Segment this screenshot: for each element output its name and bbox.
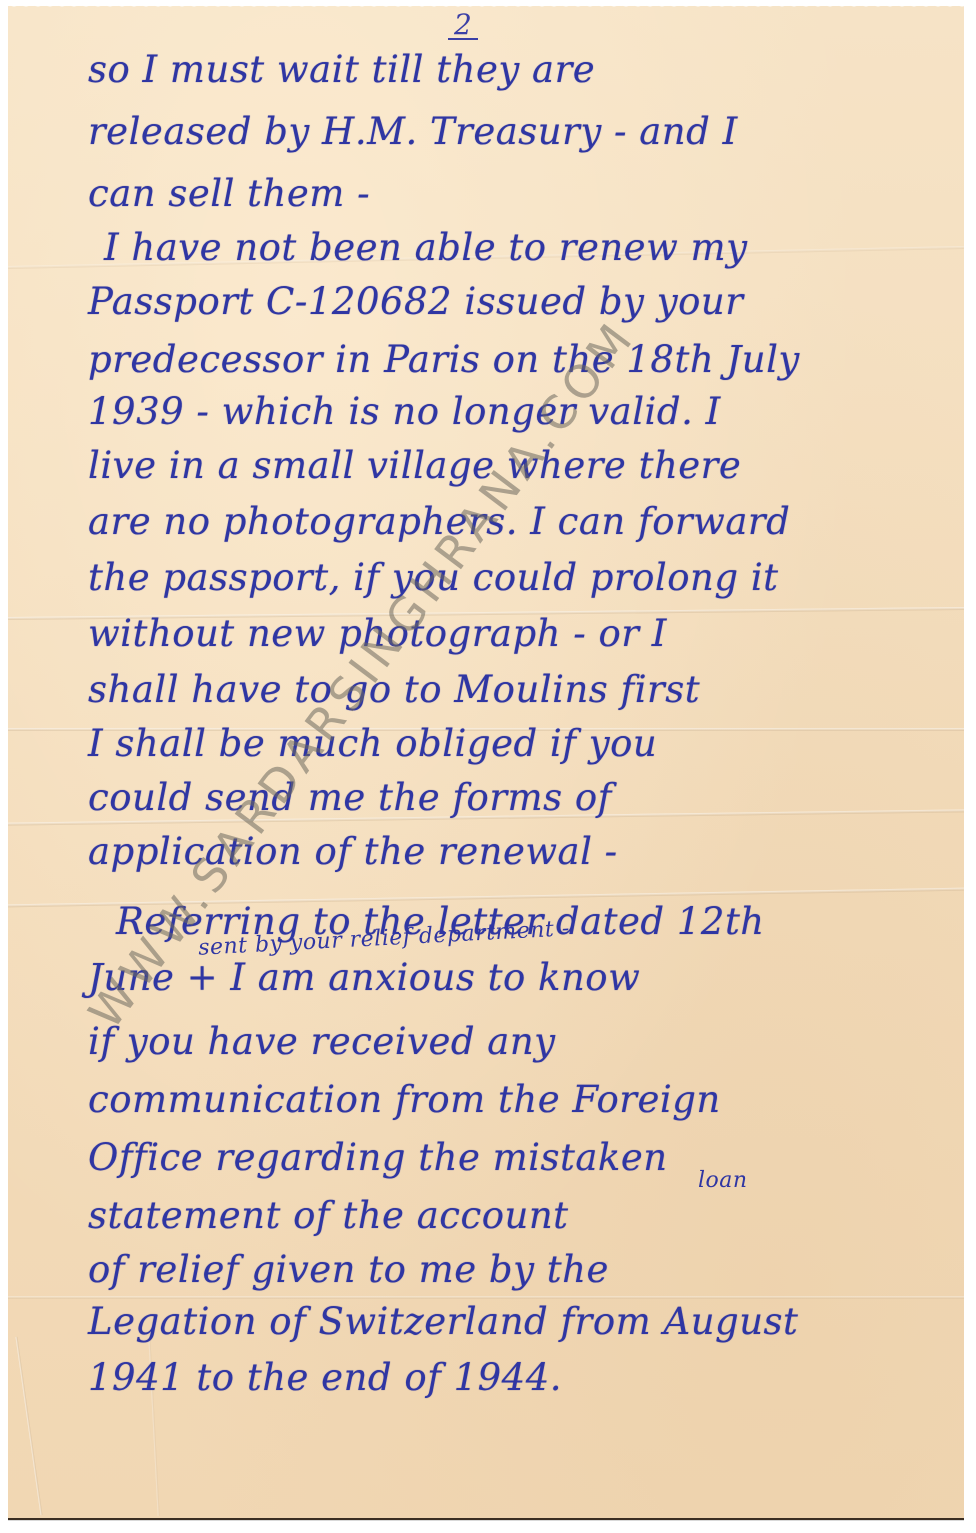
letter-line: predecessor in Paris on the 18th July — [88, 338, 800, 381]
letter-line: Legation of Switzerland from August — [88, 1300, 798, 1343]
letter-line: shall have to go to Moulins first — [88, 668, 700, 711]
letter-line: can sell them - — [88, 172, 370, 215]
letter-line: Office regarding the mistaken — [88, 1136, 668, 1179]
page-number: 2 — [448, 12, 478, 40]
letter-line: 1939 - which is no longer valid. I — [88, 390, 721, 433]
letter-line: could send me the forms of — [88, 776, 612, 819]
letter-line: I have not been able to renew my — [104, 226, 748, 269]
letter-line: application of the renewal - — [88, 830, 618, 873]
paper-crease — [15, 1337, 42, 1516]
letter-line: 1941 to the end of 1944. — [88, 1356, 562, 1399]
letter-line: June + I am anxious to know — [88, 956, 640, 999]
letter-line: statement of the account — [88, 1194, 569, 1237]
interlinear-insertion: loan — [698, 1168, 748, 1193]
letter-line: I shall be much obliged if you — [88, 722, 657, 765]
letter-line: the passport, if you could prolong it — [88, 556, 779, 599]
paper-crease — [8, 1296, 964, 1299]
letter-line: released by H.M. Treasury - and I — [88, 110, 738, 153]
letter-line: live in a small village where there — [88, 444, 741, 487]
letter-line: if you have received any — [88, 1020, 556, 1063]
letter-line: Passport C-120682 issued by your — [88, 280, 743, 323]
letter-line: communication from the Foreign — [88, 1078, 721, 1121]
letter-line: without new photograph - or I — [88, 612, 667, 655]
letter-line: so I must wait till they are — [88, 48, 595, 91]
letter-line: are no photographers. I can forward — [88, 500, 790, 543]
letter-line: of relief given to me by the — [88, 1248, 609, 1291]
letter-page: 2 so I must wait till they are released … — [8, 6, 964, 1520]
